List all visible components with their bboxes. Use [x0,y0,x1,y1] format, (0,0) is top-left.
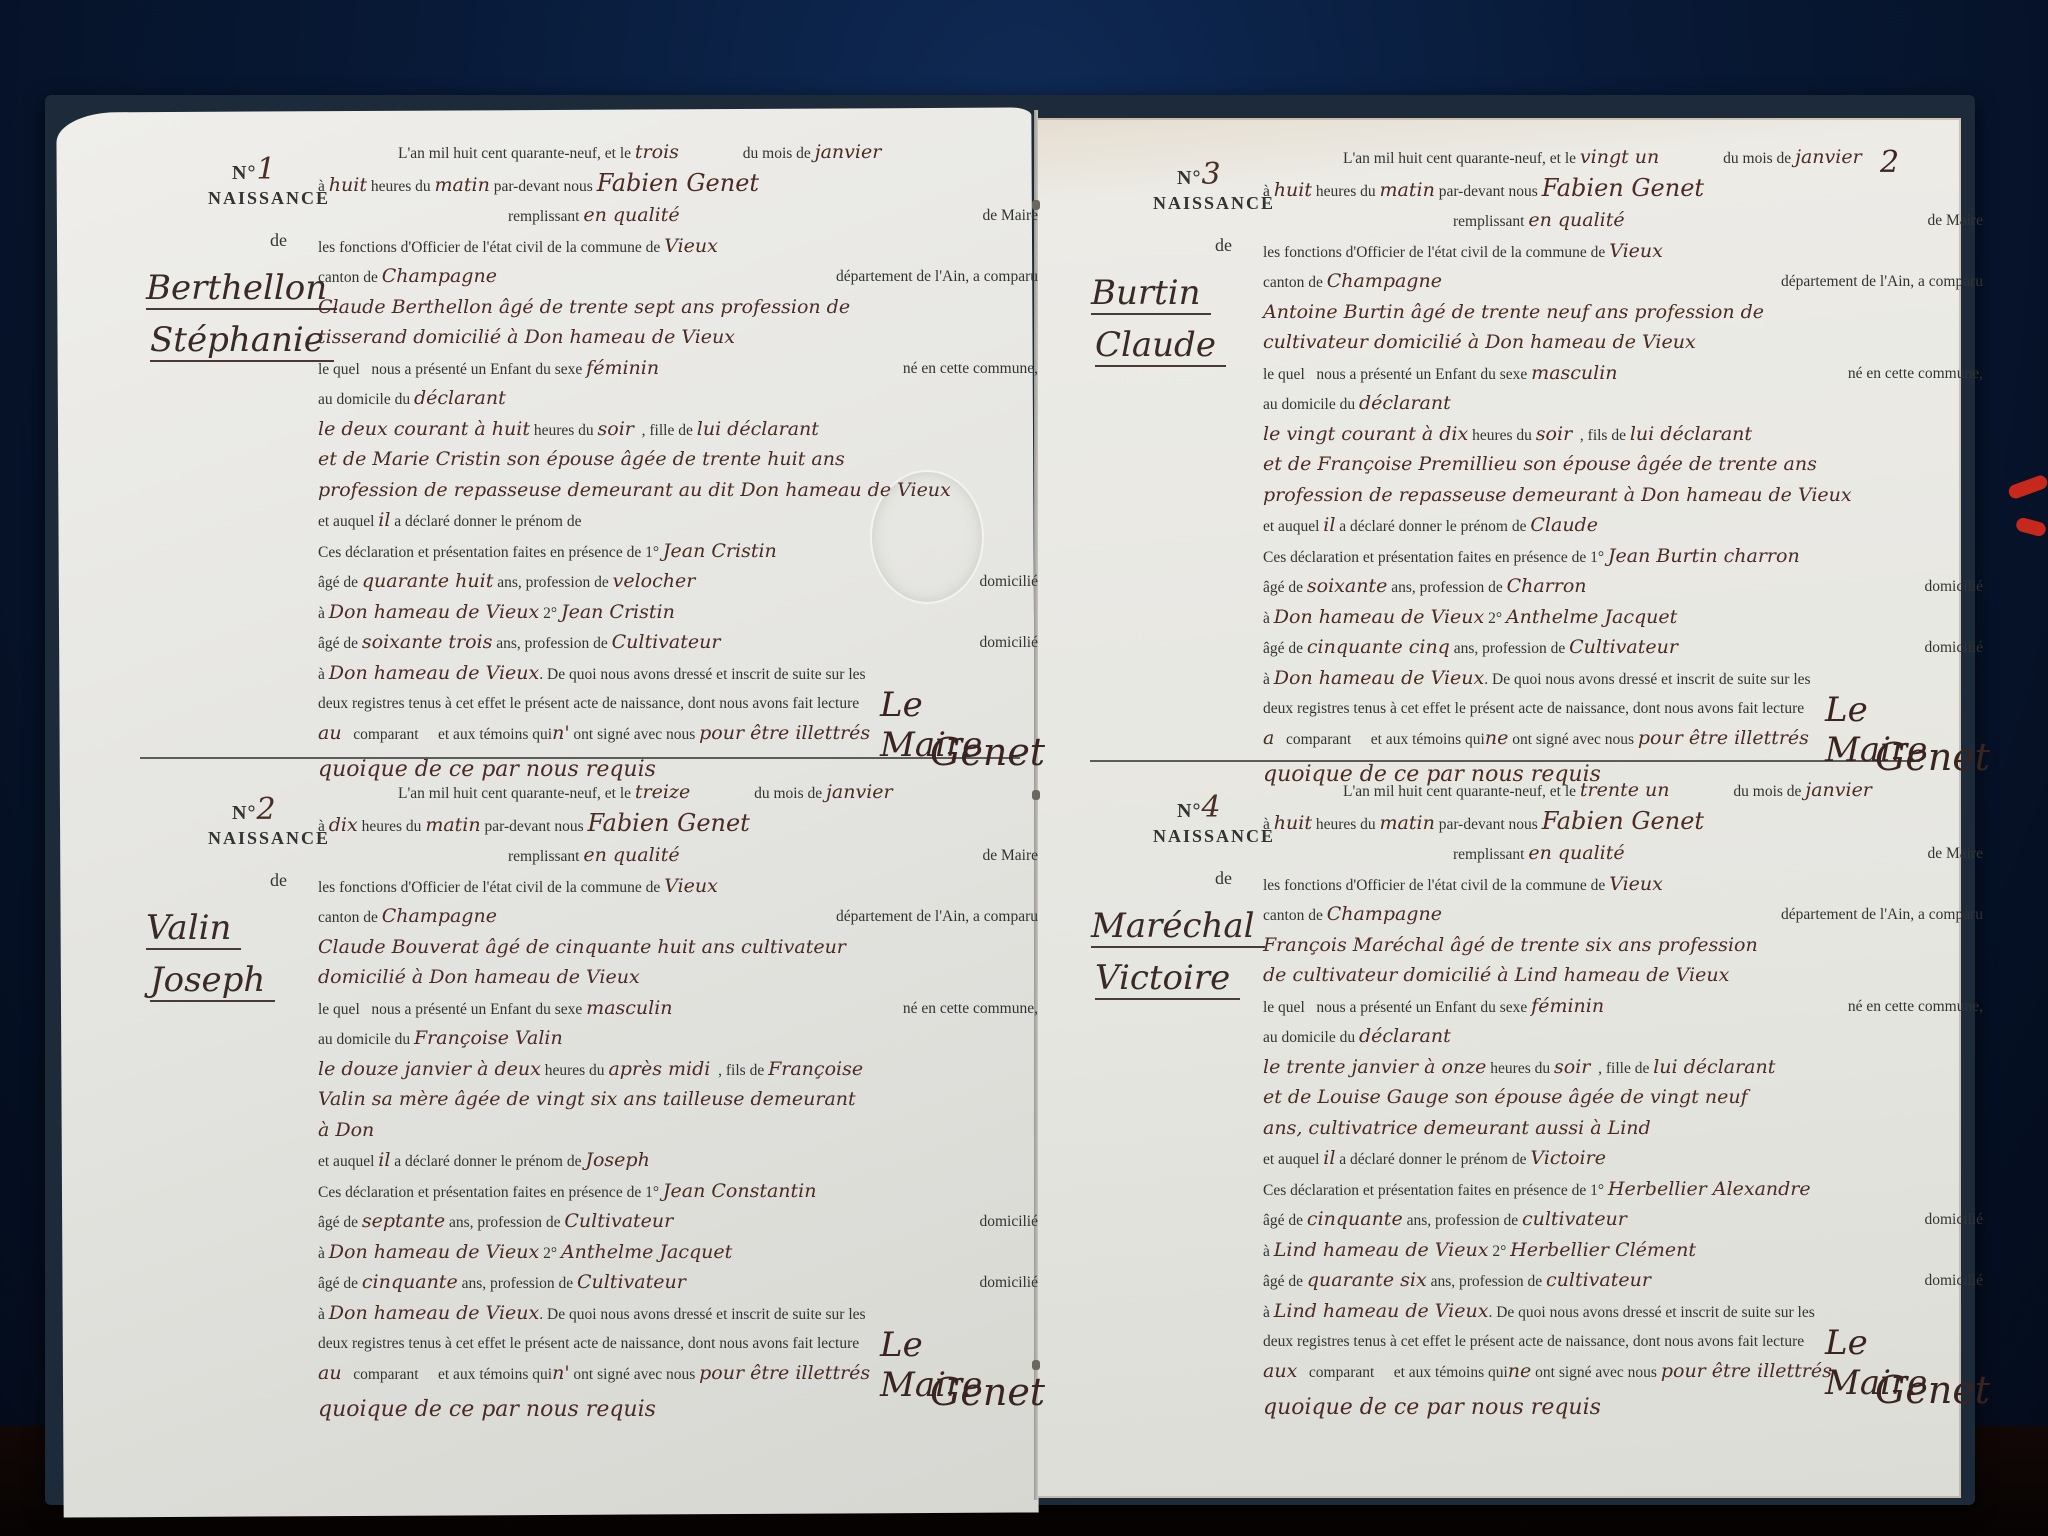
printed-line6-prefix: le quel [318,361,360,378]
printed-line10: Ces déclaration et présentation faites e… [318,544,659,561]
declarant-line2: de cultivateur domicilié à Lind hameau d… [1263,964,1729,986]
witness2-name: Herbellier Clément [1510,1239,1696,1261]
text-line: domicilié à Don hameau de Vieux [318,963,1038,994]
birth-when: le deux courant à huit [318,418,530,440]
birth-time: soir [598,418,634,440]
printed-line1-suffix: du mois de [1733,783,1801,800]
printed-line11-prefix: âgé de [1263,640,1303,657]
printed-line14-suffix: . De quoi nous avons dressé et inscrit d… [539,1306,865,1323]
text-line: âgé de cinquante ans, profession de Cult… [318,1268,1038,1299]
printed-line14-suffix: . De quoi nous avons dressé et inscrit d… [539,666,865,683]
commune: Vieux [664,875,718,897]
printed-line1-prefix: L'an mil huit cent quarante-neuf, et le [1343,150,1576,167]
mayor-signature: Genet [1875,1368,1990,1412]
act-number: N°2 [232,792,277,827]
printed-line11-mid: ans, profession de [1391,579,1503,596]
illiterate-line2: quoique de ce par nous requis [318,1397,656,1422]
printed-line2-prefix: à [318,178,325,195]
month: janvier [826,781,893,803]
text-line: le quel nous a présenté un Enfant du sex… [318,994,1038,1025]
text-line: et auquel il a déclaré donner le prénom … [1263,1144,1983,1175]
mother-line: Valin sa mère âgée de vingt six ans tail… [318,1088,856,1110]
declarant-line2: domicilié à Don hameau de Vieux [318,966,640,988]
text-line: au domicile du déclarant [1263,389,1983,420]
time-of-day: matin [1380,812,1435,834]
printed-line12-second: 2° [543,1245,557,1262]
day: trois [635,141,679,163]
ne: n' [552,722,569,744]
text-line: et de Marie Cristin son épouse âgée de t… [318,445,1038,476]
printed-line12-prefix: à [1263,1304,1270,1321]
domicile: déclarant [1359,392,1451,414]
printed-line16-suffix: et aux témoins qui [438,1366,552,1383]
printed-line16-end: ont signé avec nous [1535,1364,1657,1381]
witness2-profession: Cultivateur [612,631,721,653]
printed-line12-prefix: à [318,1245,325,1262]
witness1-age: cinquante [1307,1208,1403,1230]
witness1-profession: cultivateur [1522,1208,1627,1230]
text-line: à huit heures du matin par-devant nous F… [318,169,1038,202]
witness2-age: soixante trois [362,631,492,653]
declarant-line1: François Maréchal âgé de trente six ans … [1263,934,1758,956]
text-line: à huit heures du matin par-devant nous F… [1263,174,1983,207]
printed-line8-de: de [1611,427,1626,444]
canton: Champagne [382,905,497,927]
mayor-signature: Genet [1875,735,1990,779]
child-surname: Burtin [1091,273,1211,315]
printed-line16-end: ont signé avec nous [1512,731,1634,748]
witness2-profession: cultivateur [1546,1269,1651,1291]
birth-when: le trente janvier à onze [1263,1056,1486,1078]
witness1-domicile: Don hameau de Vieux [1274,606,1484,628]
text-line: de cultivateur domicilié à Lind hameau d… [1263,961,1983,992]
printed-line1-suffix: du mois de [1723,150,1791,167]
filiation: fils [1588,427,1608,444]
printed-line8-de: de [1635,1060,1650,1077]
printed-line16-suffix: et aux témoins qui [438,726,552,743]
printed-line8-de: de [750,1062,765,1079]
text-line: L'an mil huit cent quarante-neuf, et le … [1263,143,1983,174]
child-surname: Maréchal [1091,906,1265,948]
printed-domicilie: domicilié [1924,1205,1983,1235]
child-given-name: Claude [1095,325,1226,367]
act-type-label: NAISSANCE [1153,826,1275,847]
printed-line7: au domicile du [318,1031,410,1048]
printed-line12-prefix: à [1263,610,1270,627]
witness2-domicile: Don hameau de Vieux [329,662,539,684]
printed-line11-prefix: âgé de [1263,1212,1303,1229]
printed-line3-suffix: de Maire [982,201,1038,231]
text-line: canton de Champagnedépartement de l'Ain,… [1263,900,1983,931]
printed-line16-mid: comparant [1286,731,1351,748]
printed-line1-suffix: du mois de [743,145,811,162]
text-line: L'an mil huit cent quarante-neuf, et le … [318,778,1038,809]
quality: en qualité [1528,209,1624,231]
printed-line9-mid: a déclaré donner le prénom de [1339,518,1526,535]
parent1: lui déclarant [1653,1056,1775,1078]
witness2-name: Anthelme Jacquet [1506,606,1677,628]
commune: Vieux [1609,873,1663,895]
mother-line: et de Françoise Premillieu son épouse âg… [1263,453,1817,475]
officer: Fabien Genet [597,169,759,197]
text-line: et de Françoise Premillieu son épouse âg… [1263,450,1983,481]
witness2-profession: Cultivateur [1569,636,1678,658]
de-label: de [1215,868,1232,889]
text-line: le trente janvier à onze heures du soir … [1263,1053,1983,1084]
text-line: remplissant en qualitéde Maire [1263,839,1983,870]
printed-line4: les fonctions d'Officier de l'état civil… [1263,244,1605,261]
printed-line2-prefix: à [318,818,325,835]
printed-line6-prefix: le quel [318,1001,360,1018]
cloth-pattern [2007,474,2048,501]
time-of-day: matin [1380,179,1435,201]
witness1-age: soixante [1307,575,1387,597]
text-line: à Lind hameau de Vieux 2° Herbellier Clé… [1263,1236,1983,1267]
printed-line9-prefix: et auquel [1263,1151,1319,1168]
printed-line6-suffix: né en cette commune, [903,354,1038,384]
printed-line6-mid: nous a présenté un Enfant du sexe [371,361,582,378]
printed-line8-mid: heures du [545,1062,605,1079]
officer: Fabien Genet [587,809,749,837]
witness2-domicile: Lind hameau de Vieux [1274,1300,1489,1322]
witness2-profession: Cultivateur [577,1271,686,1293]
filiation: fille [649,422,674,439]
printed-line11-mid: ans, profession de [497,574,609,591]
printed-line6-suffix: né en cette commune, [1848,992,1983,1022]
birth-time: soir [1554,1056,1590,1078]
text-line: et auquel il a déclaré donner le prénom … [318,1146,1038,1177]
printed-line11-prefix: âgé de [1263,579,1303,596]
pronoun: il [378,1149,390,1171]
text-line: ans, cultivatrice demeurant aussi à Lind [1263,1114,1983,1145]
declarant-line1: Antoine Burtin âgé de trente neuf ans pr… [1263,301,1764,323]
witness2-age: quarante six [1307,1269,1427,1291]
text-line: à Don hameau de Vieux 2° Anthelme Jacque… [1263,603,1983,634]
printed-line14-suffix: . De quoi nous avons dressé et inscrit d… [1488,1304,1814,1321]
act-type-label: NAISSANCE [208,188,330,209]
printed-line6-prefix: le quel [1263,366,1305,383]
printed-line8-mid: heures du [1490,1060,1550,1077]
printed-line2-mid: heures du [371,178,431,195]
text-line: âgé de quarante huit ans, profession de … [318,567,1038,598]
text-line: le douze janvier à deux heures du après … [318,1055,1038,1086]
no-label: N° [232,162,256,184]
witness1-domicile: Don hameau de Vieux [329,1241,539,1263]
text-line: les fonctions d'Officier de l'état civil… [318,232,1038,263]
birth-when: le vingt courant à dix [1263,423,1468,445]
declarant-line2: tisserand domicilié à Don hameau de Vieu… [318,326,735,348]
witness1-name: Jean Cristin [663,540,777,562]
printed-line3-suffix: de Maire [982,841,1038,871]
mother-line: et de Marie Cristin son épouse âgée de t… [318,448,845,470]
printed-line11-prefix: âgé de [318,1275,358,1292]
birth-time: après midi [608,1058,710,1080]
text-line: Ces déclaration et présentation faites e… [318,537,1038,568]
birth-when: le douze janvier à deux [318,1058,541,1080]
printed-line5-suffix: département de l'Ain, a comparu [836,262,1038,292]
printed-line2-prefix: à [1263,816,1270,833]
text-line: âgé de soixante ans, profession de Charr… [1263,572,1983,603]
text-line: à Don [318,1116,1038,1147]
text-line: à Don hameau de Vieux 2° Jean Cristin [318,598,1038,629]
act-type-label: NAISSANCE [208,828,330,849]
printed-line10: Ces déclaration et présentation faites e… [318,1184,659,1201]
witness2-age: cinquante cinq [1307,636,1450,658]
text-line: remplissant en qualitéde Maire [318,201,1038,232]
text-line: L'an mil huit cent quarante-neuf, et le … [318,138,1038,169]
quality: en qualité [583,204,679,226]
text-line: remplissant en qualitéde Maire [318,841,1038,872]
pronoun: il [1323,514,1335,536]
printed-line6-suffix: né en cette commune, [903,994,1038,1024]
text-line: Ces déclaration et présentation faites e… [318,1177,1038,1208]
witness2-age: cinquante [362,1271,458,1293]
text-line: âgé de septante ans, profession de Culti… [318,1207,1038,1238]
text-line: au domicile du déclarant [1263,1022,1983,1053]
text-line: le quel nous a présenté un Enfant du sex… [1263,359,1983,390]
time-of-day: matin [425,814,480,836]
text-line: Ces déclaration et présentation faites e… [1263,1175,1983,1206]
printed-line15: deux registres tenus à cet effet le prés… [1263,1333,1804,1350]
printed-line1-prefix: L'an mil huit cent quarante-neuf, et le [398,145,631,162]
printed-line16-suffix: et aux témoins qui [1371,731,1485,748]
text-line: et de Louise Gauge son épouse âgée de vi… [1263,1083,1983,1114]
text-line: les fonctions d'Officier de l'état civil… [1263,237,1983,268]
text-line: au domicile du Françoise Valin [318,1024,1038,1055]
officer: Fabien Genet [1542,807,1704,835]
printed-line14-suffix: . De quoi nous avons dressé et inscrit d… [1484,671,1810,688]
printed-line2-suffix: par-devant nous [484,818,583,835]
printed-line16-end: ont signé avec nous [573,1366,695,1383]
filiation: fille [1606,1060,1631,1077]
pronoun: il [378,509,390,531]
illiterate-line1: pour être illettrés [1638,727,1809,749]
printed-domicilie: domicilié [1924,633,1983,663]
text-line: et auquel il a déclaré donner le prénom … [318,506,1038,537]
printed-line11-prefix: âgé de [1263,1273,1303,1290]
printed-line9-mid: a déclaré donner le prénom de [394,513,581,530]
au: au [318,1362,342,1384]
printed-line8-mid: heures du [534,422,594,439]
printed-line11-mid: ans, profession de [1454,640,1566,657]
text-line: le vingt courant à dix heures du soir , … [1263,420,1983,451]
printed-line6-mid: nous a présenté un Enfant du sexe [1316,366,1527,383]
printed-line2-mid: heures du [1316,183,1376,200]
child-surname: Berthellon [146,268,337,310]
text-line: âgé de soixante trois ans, profession de… [318,628,1038,659]
prenom: Claude [1530,514,1598,536]
hour: huit [329,174,367,196]
text-line: le quel nous a présenté un Enfant du sex… [318,354,1038,385]
witness1-name: Jean Burtin charron [1608,545,1800,567]
witness1-name: Herbellier Alexandre [1608,1178,1811,1200]
printed-domicilie: domicilié [979,628,1038,658]
sex: masculin [586,997,672,1019]
text-line: les fonctions d'Officier de l'état civil… [1263,870,1983,901]
prenom: Victoire [1530,1147,1606,1169]
declarant-line1: Claude Berthellon âgé de trente sept ans… [318,296,850,318]
printed-line16-mid: comparant [353,1366,418,1383]
corner-mark: 2 [1880,145,1899,180]
text-line: et auquel il a déclaré donner le prénom … [1263,511,1983,542]
printed-line11-mid: ans, profession de [496,635,608,652]
domicile: Françoise Valin [414,1027,563,1049]
printed-line3-suffix: de Maire [1927,839,1983,869]
witness1-profession: Charron [1507,575,1587,597]
printed-line9-mid: a déclaré donner le prénom de [1339,1151,1526,1168]
printed-line8-mid: heures du [1472,427,1532,444]
text-line: profession de repasseuse demeurant à Don… [1263,481,1983,512]
act-number-value: 1 [256,152,276,187]
printed-line4: les fonctions d'Officier de l'état civil… [318,239,660,256]
printed-line11-prefix: âgé de [318,574,358,591]
month: janvier [1805,779,1872,801]
text-line: L'an mil huit cent quarante-neuf, et le … [1263,776,1983,807]
printed-line15: deux registres tenus à cet effet le prés… [318,695,859,712]
no-label: N° [1177,167,1201,189]
printed-line12-second: 2° [1488,610,1502,627]
witness1-age: septante [362,1210,445,1232]
printed-line1-suffix: du mois de [754,785,822,802]
printed-domicilie: domicilié [979,567,1038,597]
printed-line2-mid: heures du [362,818,422,835]
mother-profession: profession de repasseuse demeurant à Don… [1263,484,1852,506]
witness2-name: Jean Cristin [561,601,675,623]
printed-line6-prefix: le quel [1263,999,1305,1016]
text-line: Antoine Burtin âgé de trente neuf ans pr… [1263,298,1983,329]
printed-line12-second: 2° [1492,1243,1506,1260]
child-given-name: Victoire [1095,958,1240,1000]
de-label: de [1215,235,1232,256]
text-line: François Maréchal âgé de trente six ans … [1263,931,1983,962]
text-line: Valin sa mère âgée de vingt six ans tail… [318,1085,1038,1116]
printed-line3-suffix: de Maire [1927,206,1983,236]
text-line: profession de repasseuse demeurant au di… [318,476,1038,507]
text-line: remplissant en qualitéde Maire [1263,206,1983,237]
quality: en qualité [583,844,679,866]
printed-domicilie: domicilié [1924,572,1983,602]
act-type-label: NAISSANCE [1153,193,1275,214]
month: janvier [1795,146,1862,168]
text-line: canton de Champagnedépartement de l'Ain,… [318,902,1038,933]
ne: ne [1508,1360,1531,1382]
mother-profession: profession de repasseuse demeurant au di… [318,479,951,501]
sex: masculin [1531,362,1617,384]
no-label: N° [232,802,256,824]
text-line: âgé de cinquante ans, profession de cult… [1263,1205,1983,1236]
domicile: déclarant [414,387,506,409]
printed-line2-suffix: par-devant nous [1439,183,1538,200]
prenom: Joseph [585,1149,649,1171]
printed-line12-prefix: à [1263,671,1270,688]
de-label: de [270,870,287,891]
printed-line7: au domicile du [1263,396,1355,413]
witness1-domicile: Lind hameau de Vieux [1274,1239,1489,1261]
printed-line7: au domicile du [1263,1029,1355,1046]
text-line: Ces déclaration et présentation faites e… [1263,542,1983,573]
mother-line: et de Louise Gauge son épouse âgée de vi… [1263,1086,1748,1108]
quality: en qualité [1528,842,1624,864]
illiterate-line1: pour être illettrés [1661,1360,1832,1382]
printed-line5-prefix: canton de [318,909,378,926]
text-line: les fonctions d'Officier de l'état civil… [318,872,1038,903]
day: vingt un [1580,146,1659,168]
child-surname: Valin [146,908,241,950]
month: janvier [815,141,882,163]
filiation: fils [726,1062,746,1079]
text-line: tisserand domicilié à Don hameau de Vieu… [318,323,1038,354]
printed-line8-de: de [678,422,693,439]
au: a [1263,727,1274,749]
canton: Champagne [1327,903,1442,925]
text-line: cultivateur domicilié à Don hameau de Vi… [1263,328,1983,359]
printed-domicilie: domicilié [979,1207,1038,1237]
witness2-domicile: Don hameau de Vieux [1274,667,1484,689]
printed-line9-mid: a déclaré donner le prénom de [394,1153,581,1170]
text-line: canton de Champagnedépartement de l'Ain,… [318,262,1038,293]
witness1-profession: velocher [613,570,696,592]
hour: huit [1274,812,1312,834]
printed-line4: les fonctions d'Officier de l'état civil… [318,879,660,896]
printed-line1-prefix: L'an mil huit cent quarante-neuf, et le [398,785,631,802]
printed-line16-end: ont signé avec nous [573,726,695,743]
printed-line2-mid: heures du [1316,816,1376,833]
act-number: N°4 [1177,790,1222,825]
printed-line9-prefix: et auquel [1263,518,1319,535]
printed-line11-prefix: âgé de [318,635,358,652]
printed-line6-mid: nous a présenté un Enfant du sexe [371,1001,582,1018]
ne: n' [552,1362,569,1384]
parent1: Françoise [768,1058,863,1080]
parent1: lui déclarant [1630,423,1752,445]
witness1-profession: Cultivateur [564,1210,673,1232]
printed-line3-prefix: remplissant [1453,213,1524,230]
act-number: N°3 [1177,157,1222,192]
text-line: à huit heures du matin par-devant nous F… [1263,807,1983,840]
text-line: le quel nous a présenté un Enfant du sex… [1263,992,1983,1023]
text-line: âgé de quarante six ans, profession de c… [1263,1266,1983,1297]
text-line: à dix heures du matin par-devant nous Fa… [318,809,1038,842]
au: au [318,722,342,744]
mother-profession: ans, cultivatrice demeurant aussi à Lind [1263,1117,1651,1139]
sex: féminin [1531,995,1604,1017]
printed-line5-suffix: département de l'Ain, a comparu [836,902,1038,932]
pronoun: il [1323,1147,1335,1169]
printed-line10: Ces déclaration et présentation faites e… [1263,549,1604,566]
day: treize [635,781,690,803]
printed-line11-mid: ans, profession de [1431,1273,1543,1290]
hour: huit [1274,179,1312,201]
printed-line3-prefix: remplissant [508,208,579,225]
printed-line10: Ces déclaration et présentation faites e… [1263,1182,1604,1199]
printed-line7: au domicile du [318,391,410,408]
printed-line2-suffix: par-devant nous [1439,816,1538,833]
act-number-value: 4 [1201,790,1221,825]
printed-line6-suffix: né en cette commune, [1848,359,1983,389]
printed-line5-suffix: département de l'Ain, a comparu [1781,900,1983,930]
printed-line5-prefix: canton de [1263,907,1323,924]
cloth-pattern [2015,516,2048,537]
text-line: au domicile du déclarant [318,384,1038,415]
witness1-domicile: Don hameau de Vieux [329,601,539,623]
text-line: canton de Champagnedépartement de l'Ain,… [1263,267,1983,298]
printed-line6-mid: nous a présenté un Enfant du sexe [1316,999,1527,1016]
mayor-signature: Genet [930,730,1045,774]
printed-line3-prefix: remplissant [508,848,579,865]
child-given-name: Stéphanie [150,320,334,362]
au: aux [1263,1360,1297,1382]
printed-line9-prefix: et auquel [318,1153,374,1170]
